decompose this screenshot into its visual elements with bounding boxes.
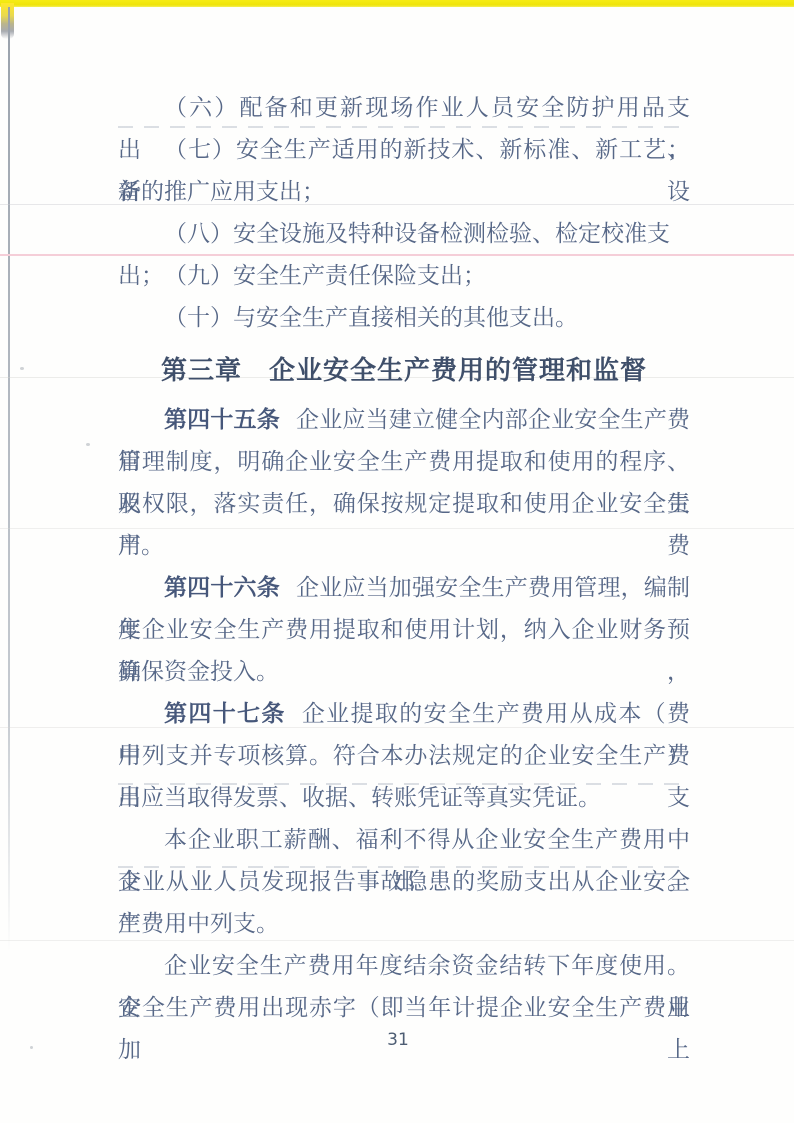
article-number: 第四十五条: [164, 407, 280, 433]
text-line: 第四十六条企业应当加强安全生产费用管理，编制年: [118, 567, 690, 609]
text-line: 企业从业人员发现报告事故隐患的奖励支出从企业安全生: [118, 861, 690, 903]
chapter-heading: 第三章 企业安全生产费用的管理和监督: [118, 343, 690, 399]
text-line: 产费用中列支。: [118, 903, 690, 945]
scan-speck: [30, 1046, 33, 1049]
text-line: 第四十七条企业提取的安全生产费用从成本（费用）: [118, 693, 690, 735]
scan-speck: [20, 367, 24, 370]
text-line: 度企业安全生产费用提取和使用计划，纳入企业财务预算，: [118, 609, 690, 651]
text-line: （八）安全设施及特种设备检测检验、检定校准支出；: [118, 213, 690, 255]
text-line: （六）配备和更新现场作业人员安全防护用品支出；: [118, 87, 690, 129]
article-number: 第四十七条: [164, 701, 286, 727]
text-line: （九）安全生产责任保险支出；: [118, 255, 690, 297]
scan-top-edge: [0, 0, 794, 7]
scanned-document-page: （六）配备和更新现场作业人员安全防护用品支出；（七）安全生产适用的新技术、新标准…: [0, 0, 794, 1123]
text-line: 本企业职工薪酬、福利不得从企业安全生产费用中支出。: [118, 819, 690, 861]
text-line: 管理制度，明确企业安全生产费用提取和使用的程序、职责: [118, 441, 690, 483]
text-line: 及权限，落实责任，确保按规定提取和使用企业安全生产费: [118, 483, 690, 525]
text-line: 安全生产费用出现赤字（即当年计提企业安全生产费用加上: [118, 987, 690, 1029]
text-line: 中列支并专项核算。符合本办法规定的企业安全生产费用支: [118, 735, 690, 777]
article-number: 第四十六条: [164, 575, 280, 601]
document-body: （六）配备和更新现场作业人员安全防护用品支出；（七）安全生产适用的新技术、新标准…: [118, 87, 690, 1029]
scan-left-edge-line: [8, 7, 10, 952]
text-line: （十）与安全生产直接相关的其他支出。: [118, 297, 690, 339]
page-number: 31: [118, 1024, 678, 1056]
text-line: 第四十五条企业应当建立健全内部企业安全生产费用: [118, 399, 690, 441]
text-line: （七）安全生产适用的新技术、新标准、新工艺、新设: [118, 129, 690, 171]
text-line: 企业安全生产费用年度结余资金结转下年度使用。企业: [118, 945, 690, 987]
scan-speck: [86, 443, 90, 446]
